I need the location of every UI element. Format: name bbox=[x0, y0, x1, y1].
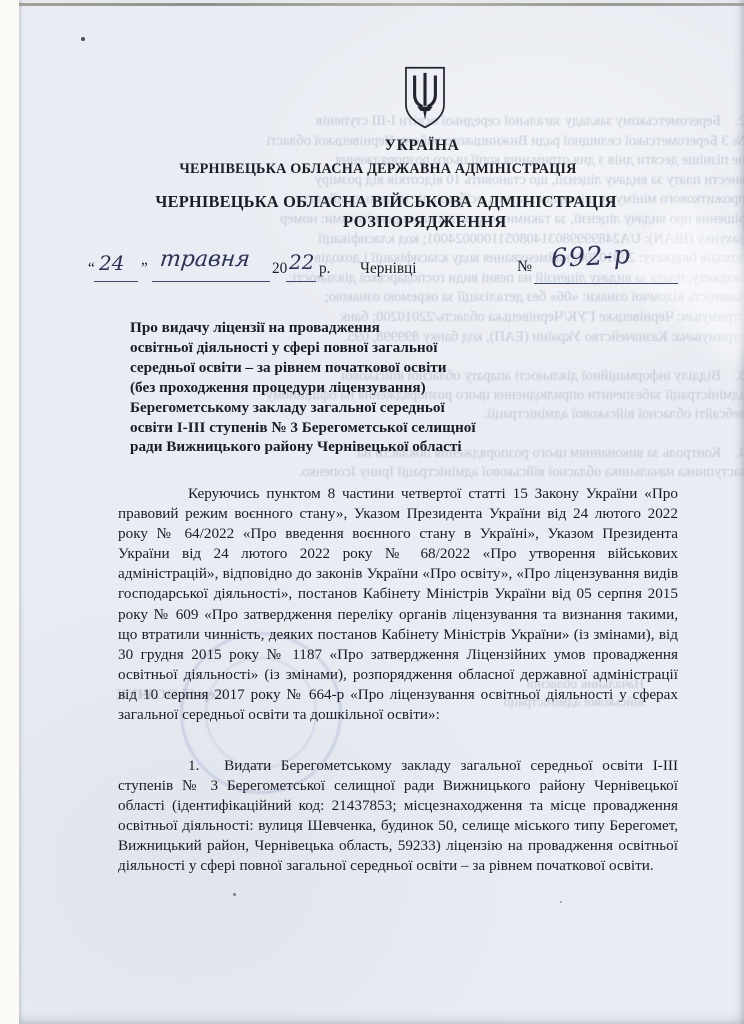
doc-type-title: РОЗПОРЯДЖЕННЯ bbox=[106, 212, 744, 232]
scanned-document-page: 2. Берегометському закладу загальної сер… bbox=[0, 0, 744, 1024]
doc-number-underline bbox=[534, 282, 678, 284]
ink-speck bbox=[233, 893, 236, 896]
date-quote-close: ” bbox=[141, 260, 148, 278]
org-name-state-administration: ЧЕРНІВЕЦЬКА ОБЛАСНА ДЕРЖАВНА АДМІНІСТРАЦ… bbox=[6, 161, 744, 178]
country-name: УКРАЇНА bbox=[50, 137, 744, 155]
date-year-printed: 20 bbox=[272, 260, 287, 278]
doc-number-sign: № bbox=[517, 258, 532, 276]
scan-edge-left bbox=[0, 0, 19, 1024]
ink-speck bbox=[560, 901, 562, 903]
doc-number-handwritten: 692-р bbox=[550, 240, 632, 274]
date-month-underline bbox=[152, 280, 270, 282]
date-year-handwritten: 22 bbox=[289, 250, 314, 274]
scan-edge-top bbox=[18, 3, 744, 6]
body-paragraph-item-1: 1. Видати Берегометському закладу загаль… bbox=[118, 756, 678, 877]
coat-of-arms-trident-icon bbox=[400, 66, 450, 130]
date-day-handwritten: 24 bbox=[99, 251, 124, 275]
org-name-military-administration: ЧЕРНІВЕЦЬКА ОБЛАСНА ВІЙСЬКОВА АДМІНІСТРА… bbox=[14, 192, 744, 212]
body-paragraph-preamble: Керуючись пунктом 8 частини четвертої ст… bbox=[118, 484, 678, 725]
date-month-handwritten: травня bbox=[159, 247, 252, 272]
subject-block: Про видачу ліцензії на провадження освіт… bbox=[130, 318, 522, 457]
dateline-city: Чернівці bbox=[360, 260, 416, 278]
date-quote-open: “ bbox=[88, 260, 95, 278]
ink-speck bbox=[81, 37, 85, 41]
date-year-suffix: р. bbox=[319, 260, 330, 278]
date-year-underline bbox=[286, 280, 316, 282]
date-day-underline bbox=[94, 280, 138, 282]
